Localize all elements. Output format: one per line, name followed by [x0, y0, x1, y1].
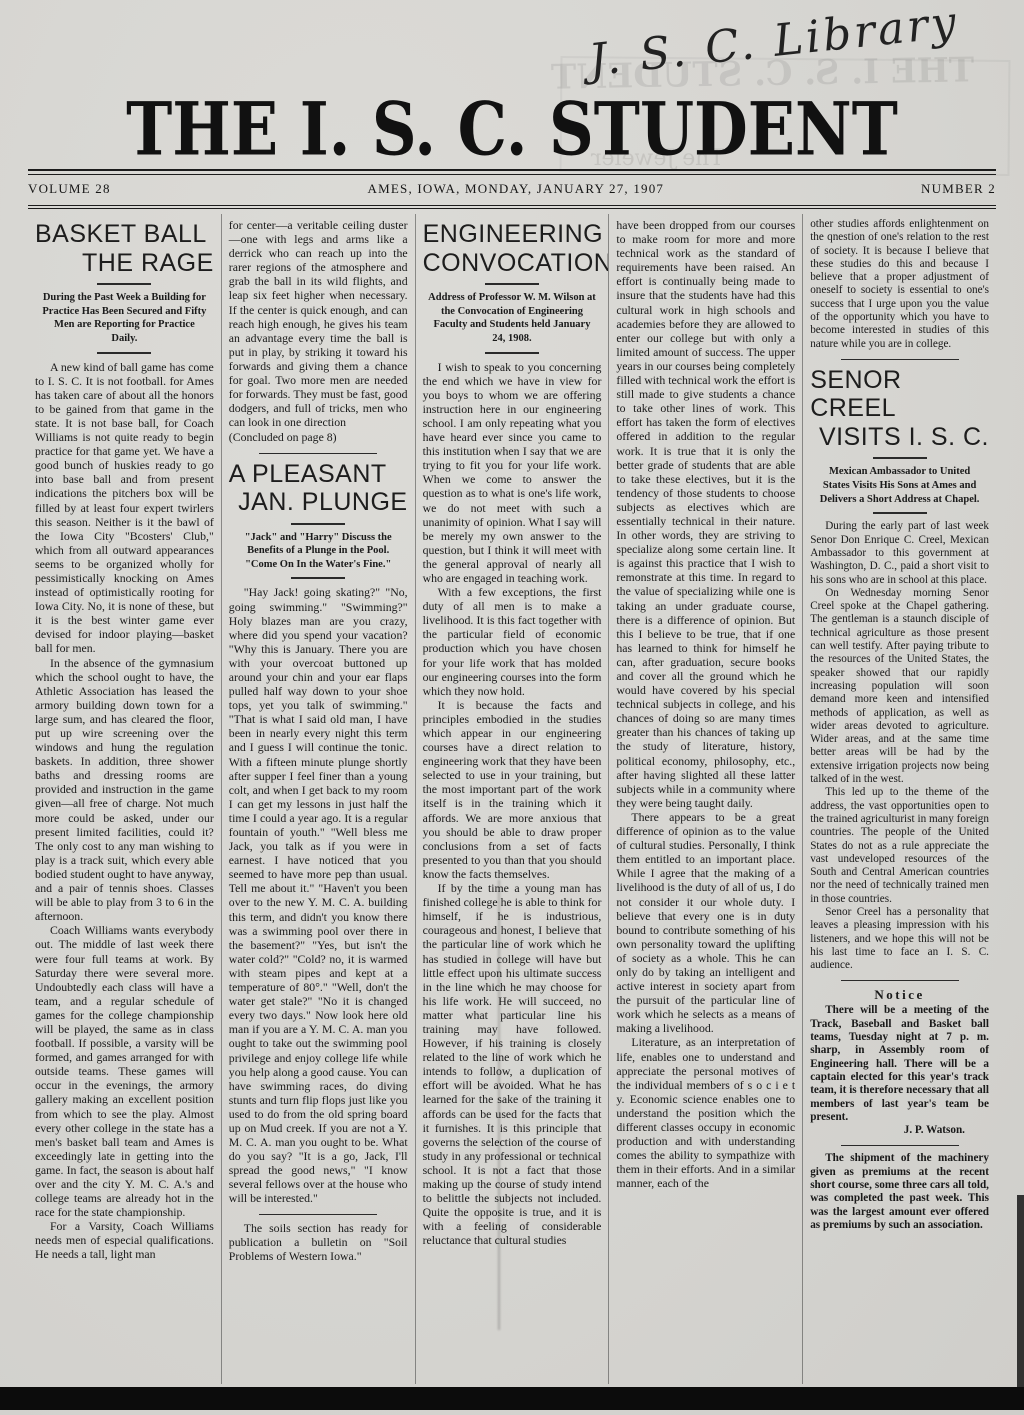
headline-line1: BASKET BALL — [35, 220, 214, 249]
article-paragraph: This led up to the theme of the address,… — [810, 786, 989, 906]
column-3: ENGINEERING CONVOCATION Address of Profe… — [416, 214, 610, 1384]
creel-subhead: Mexican Ambassador to United States Visi… — [810, 465, 989, 506]
article-paragraph: For a Varsity, Coach Williams needs men … — [35, 1219, 214, 1261]
article-paragraph: If by the time a young man has finished … — [423, 881, 602, 1247]
divider — [291, 523, 345, 525]
number-label: NUMBER 2 — [921, 181, 996, 197]
article-paragraph: There appears to be a great difference o… — [616, 810, 795, 1036]
article-paragraph: On Wednesday morning Senor Creel spoke a… — [810, 587, 989, 786]
divider — [841, 359, 959, 360]
article-paragraph: Senor Creel has a personality that leave… — [810, 906, 989, 972]
volume-label: VOLUME 28 — [28, 181, 111, 197]
headline-line2: CONVOCATION — [423, 249, 602, 278]
divider — [97, 352, 151, 354]
headline-line1: A PLEASANT — [229, 460, 408, 489]
scan-edge-bar — [0, 1387, 1024, 1410]
divider — [97, 283, 151, 285]
article-paragraph: The soils section has ready for publicat… — [229, 1221, 408, 1263]
column-grid: BASKET BALL THE RAGE During the Past Wee… — [28, 214, 996, 1384]
basketball-headline: BASKET BALL THE RAGE — [35, 220, 214, 277]
article-paragraph: The shipment of the machinery given as p… — [810, 1152, 989, 1232]
divider — [841, 1145, 959, 1146]
article-paragraph: Literature, as an interpretation of life… — [616, 1035, 795, 1190]
notice-heading: Notice — [810, 987, 989, 1003]
article-paragraph: I wish to speak to you concerning the en… — [423, 360, 602, 586]
basketball-subhead: During the Past Week a Building for Prac… — [35, 291, 214, 346]
masthead-title: THE I. S. C. STUDENT — [0, 86, 1024, 172]
article-paragraph: other studies affords enlightenment on t… — [810, 218, 989, 351]
headline-line1: ENGINEERING — [423, 220, 602, 249]
article-paragraph: A new kind of ball game has come to I. S… — [35, 360, 214, 656]
newspaper-page: THE I. S. C. STUDENT The Jeweler J. S. C… — [0, 0, 1024, 1415]
divider — [259, 453, 377, 454]
article-paragraph: With a few exceptions, the first duty of… — [423, 585, 602, 698]
headline-line2: THE RAGE — [35, 249, 214, 278]
engineering-subhead: Address of Professor W. M. Wilson at the… — [423, 291, 602, 346]
notice-signature: J. P. Watson. — [810, 1124, 989, 1137]
divider — [259, 1214, 377, 1215]
engineering-headline: ENGINEERING CONVOCATION — [423, 220, 602, 277]
divider — [485, 283, 539, 285]
article-paragraph: It is because the facts and principles e… — [423, 698, 602, 881]
date-label: AMES, IOWA, MONDAY, JANUARY 27, 1907 — [368, 181, 665, 197]
dateline: VOLUME 28 AMES, IOWA, MONDAY, JANUARY 27… — [28, 181, 996, 197]
divider — [841, 980, 959, 981]
divider — [28, 169, 996, 175]
article-paragraph: During the early part of last week Senor… — [810, 520, 989, 586]
divider — [485, 352, 539, 354]
scan-crease — [498, 880, 500, 1330]
notice-body: There will be a meeting of the Track, Ba… — [810, 1004, 989, 1124]
article-paragraph: have been dropped from our courses to ma… — [616, 218, 795, 810]
article-paragraph: "Hay Jack! going skating?" "No, going sw… — [229, 585, 408, 1205]
divider — [28, 205, 996, 209]
column-5: other studies affords enlightenment on t… — [803, 214, 996, 1384]
article-paragraph: Coach Williams wants everybody out. The … — [35, 923, 214, 1219]
article-paragraph: In the absence of the gymnasium which th… — [35, 656, 214, 924]
headline-line2: JAN. PLUNGE — [229, 488, 408, 517]
divider — [291, 577, 345, 579]
article-paragraph: for center—a veritable ceiling duster—on… — [229, 218, 408, 429]
creel-headline: SENOR CREEL VISITS I. S. C. — [810, 366, 989, 452]
concluded-note: (Concluded on page 8) — [229, 430, 408, 444]
headline-line2: VISITS I. S. C. — [810, 423, 989, 452]
divider — [873, 512, 927, 514]
plunge-subhead: "Jack" and "Harry" Discuss the Benefits … — [229, 531, 408, 572]
divider — [873, 457, 927, 459]
column-2: for center—a veritable ceiling duster—on… — [222, 214, 416, 1384]
column-4: have been dropped from our courses to ma… — [609, 214, 803, 1384]
plunge-headline: A PLEASANT JAN. PLUNGE — [229, 460, 408, 517]
headline-line1: SENOR CREEL — [810, 366, 989, 423]
column-1: BASKET BALL THE RAGE During the Past Wee… — [28, 214, 222, 1384]
scan-edge-strip — [1017, 1195, 1024, 1391]
